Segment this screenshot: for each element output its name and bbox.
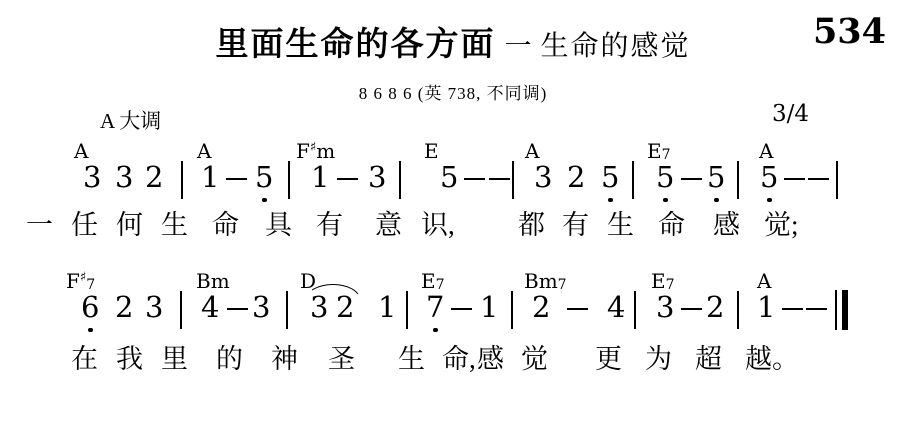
lyric-syllable: 命 bbox=[212, 212, 239, 239]
barline bbox=[512, 161, 514, 199]
held-beat-dash bbox=[782, 308, 803, 310]
chord-label: F♯7 bbox=[66, 271, 95, 291]
held-beat-dash bbox=[784, 178, 805, 180]
lyric-syllable: 生 bbox=[607, 212, 634, 239]
chord-label: A bbox=[757, 271, 771, 291]
lyric-syllable: 意 bbox=[375, 212, 402, 239]
hymn-title: 里面生命的各方面一生命的感觉 bbox=[0, 18, 906, 65]
notes-row-1: 33215135325555 bbox=[0, 163, 906, 211]
note-digit: 1 bbox=[480, 293, 498, 322]
lyric-syllable: 具 bbox=[265, 212, 292, 239]
barline bbox=[406, 291, 408, 329]
held-beat-dash bbox=[337, 178, 358, 180]
held-beat-dash bbox=[567, 308, 588, 310]
chord-part: F bbox=[66, 269, 80, 293]
lyric-syllable: 命, bbox=[442, 346, 476, 373]
key-signature: A 大调 bbox=[100, 105, 161, 135]
barline bbox=[737, 291, 739, 329]
note-digit: 2 bbox=[706, 293, 724, 322]
note-digit: 2 bbox=[567, 163, 585, 192]
note-digit: 1 bbox=[378, 293, 396, 322]
note-digit: 7 bbox=[426, 293, 444, 322]
lyric-syllable: 生 bbox=[161, 212, 188, 239]
held-beat-dash bbox=[806, 308, 827, 310]
barline bbox=[180, 291, 182, 329]
lyric-syllable: 觉 bbox=[521, 346, 548, 373]
chord-part: F bbox=[296, 139, 310, 163]
octave-dot bbox=[88, 328, 93, 333]
held-beat-dash bbox=[681, 178, 702, 180]
lyric-syllable: 我 bbox=[116, 346, 143, 373]
note-digit: 3 bbox=[656, 293, 674, 322]
barline bbox=[288, 161, 290, 199]
held-beat-dash bbox=[489, 178, 510, 180]
note-digit: 3 bbox=[83, 163, 101, 192]
lyric-syllable: 任 bbox=[71, 212, 98, 239]
lyric-syllable: 在 bbox=[71, 346, 98, 373]
chord-label: A bbox=[759, 141, 773, 161]
note-digit: 3 bbox=[252, 293, 270, 322]
lyric-syllable: 有 bbox=[316, 212, 343, 239]
meter-info: 8 6 8 6 (英 738, 不同调) bbox=[0, 79, 906, 104]
lyric-syllable: 何 bbox=[116, 212, 143, 239]
title-subtitle: 生命的感觉 bbox=[540, 31, 690, 62]
note-digit: 4 bbox=[201, 293, 219, 322]
octave-dot bbox=[714, 198, 719, 203]
lyric-syllable: 的 bbox=[216, 346, 243, 373]
barline bbox=[632, 161, 634, 199]
octave-dot bbox=[767, 198, 772, 203]
barline bbox=[836, 161, 838, 199]
note-digit: 2 bbox=[115, 293, 133, 322]
octave-dot bbox=[663, 198, 668, 203]
note-digit: 5 bbox=[255, 163, 273, 192]
chord-part: E bbox=[424, 139, 439, 163]
lyric-syllable: 为 bbox=[645, 346, 672, 373]
note-digit: 1 bbox=[201, 163, 219, 192]
lyric-syllable: 超 bbox=[695, 346, 722, 373]
lyric-syllable: 识, bbox=[421, 212, 455, 239]
lyric-syllable: 感 bbox=[713, 212, 740, 239]
lyric-syllable: 有 bbox=[562, 212, 589, 239]
held-beat-dash bbox=[808, 178, 829, 180]
lyric-syllable: 命 bbox=[658, 212, 685, 239]
note-digit: 3 bbox=[534, 163, 552, 192]
held-beat-dash bbox=[227, 308, 248, 310]
notes-row-2: 623433217124321 bbox=[0, 293, 906, 341]
hymn-sheet: 534 里面生命的各方面一生命的感觉 8 6 8 6 (英 738, 不同调) … bbox=[0, 0, 906, 431]
sharp-accidental: ♯ bbox=[310, 140, 316, 155]
note-digit: 2 bbox=[145, 163, 163, 192]
lyric-syllable: 生 bbox=[398, 346, 425, 373]
lyric-syllable: 里 bbox=[161, 346, 188, 373]
chord-label: A bbox=[74, 141, 88, 161]
lyrics-row-1: 一任何生命具有意识,都有生命感觉; bbox=[0, 212, 906, 260]
lyric-syllable: 神 bbox=[271, 346, 298, 373]
held-beat-dash bbox=[451, 308, 472, 310]
final-barline bbox=[835, 290, 848, 330]
barline bbox=[511, 291, 513, 329]
lyric-syllable: 越。 bbox=[745, 346, 799, 373]
held-beat-dash bbox=[464, 178, 485, 180]
octave-dot bbox=[262, 198, 267, 203]
chord-label: A bbox=[525, 141, 539, 161]
barline bbox=[634, 291, 636, 329]
chord-label: E7 bbox=[651, 271, 675, 291]
chord-label: A bbox=[197, 141, 211, 161]
lyric-syllable: 都 bbox=[518, 212, 545, 239]
time-signature: 3/4 bbox=[772, 101, 809, 127]
chord-label: E bbox=[424, 141, 439, 161]
note-digit: 6 bbox=[81, 293, 99, 322]
lyric-syllable: 更 bbox=[595, 346, 622, 373]
note-digit: 5 bbox=[440, 163, 458, 192]
note-digit: 1 bbox=[311, 163, 329, 192]
note-digit: 3 bbox=[115, 163, 133, 192]
note-digit: 5 bbox=[601, 163, 619, 192]
note-digit: 5 bbox=[707, 163, 725, 192]
barline bbox=[737, 161, 739, 199]
barline bbox=[286, 291, 288, 329]
lyric-syllable: 圣 bbox=[328, 346, 355, 373]
octave-dot bbox=[608, 198, 613, 203]
held-beat-dash bbox=[681, 308, 702, 310]
note-digit: 4 bbox=[607, 293, 625, 322]
chord-label: F♯m bbox=[296, 141, 335, 161]
lyric-syllable: 感 bbox=[477, 346, 504, 373]
chord-label: E7 bbox=[647, 141, 671, 161]
chord-label: Bm7 bbox=[524, 271, 567, 291]
title-dash-separator: 一 bbox=[504, 31, 531, 61]
lyric-syllable: 觉; bbox=[764, 212, 799, 239]
note-digit: 1 bbox=[757, 293, 775, 322]
barline bbox=[399, 161, 401, 199]
held-beat-dash bbox=[226, 178, 247, 180]
octave-dot bbox=[433, 328, 438, 333]
title-main: 里面生命的各方面 bbox=[215, 25, 495, 62]
note-digit: 5 bbox=[656, 163, 674, 192]
chord-label: Bm bbox=[196, 271, 230, 291]
lyrics-row-2: 在我里的神圣生命,感觉更为超越。 bbox=[0, 346, 906, 394]
barline bbox=[181, 161, 183, 199]
note-digit: 2 bbox=[532, 293, 550, 322]
note-digit: 3 bbox=[368, 163, 386, 192]
chord-part: 7 bbox=[558, 277, 567, 293]
note-digit: 3 bbox=[145, 293, 163, 322]
note-digit: 5 bbox=[760, 163, 778, 192]
lyric-syllable: 一 bbox=[26, 212, 53, 239]
chord-label: E7 bbox=[421, 271, 445, 291]
